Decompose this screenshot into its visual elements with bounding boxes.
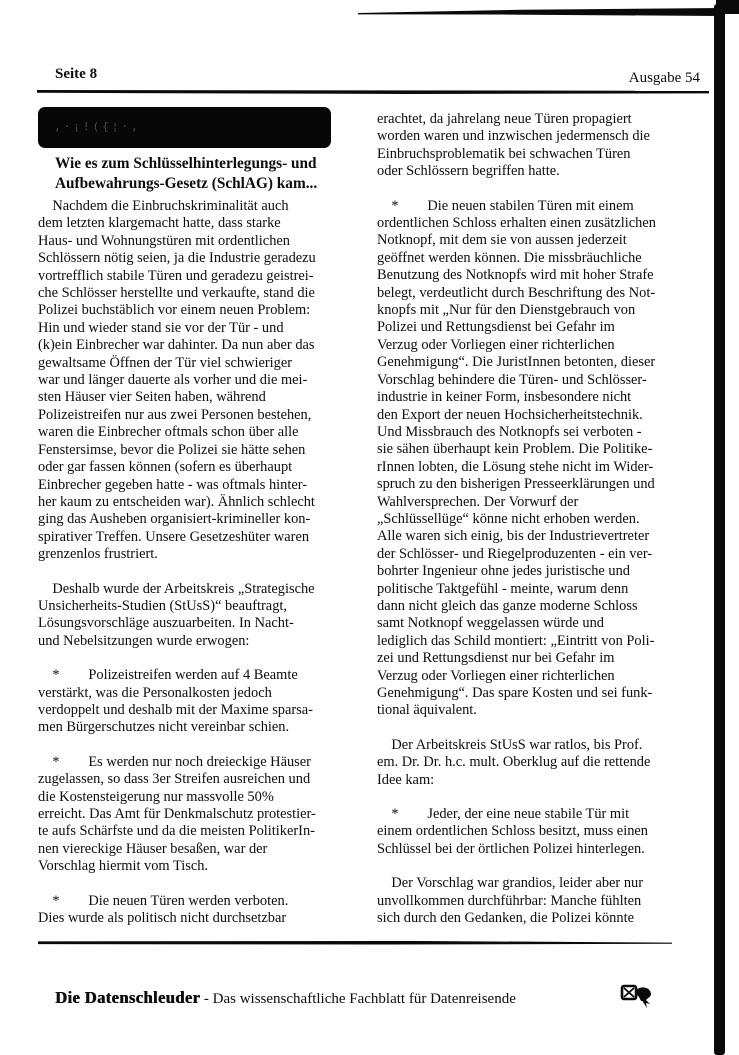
article-paragraph-bullet: * Polizeistreifen werden auf 4 Beamte ve…: [38, 667, 370, 737]
article-paragraph: Der Arbeitskreis StUsS war ratlos, bis P…: [377, 737, 711, 789]
article-paragraph-bullet: * Jeder, der eine neue stabile Tür mit e…: [377, 806, 711, 858]
masthead-black-bar: ,·¡!({¦·‚: [38, 107, 331, 148]
issue-number: Ausgabe 54: [0, 70, 700, 87]
article-paragraph-bullet: * Es werden nur noch dreieckige Häuser z…: [38, 754, 370, 876]
header-rule: [37, 90, 709, 94]
article-column-left: Nachdem die Einbruchskriminalität auch d…: [38, 198, 370, 944]
article-paragraph: Der Vorschlag war grandios, leider aber …: [377, 875, 711, 927]
article-paragraph: erachtet, da jahrelang neue Türen propag…: [377, 111, 711, 181]
scan-edge-top-artifact: [358, 8, 720, 16]
article-paragraph-bullet: * Die neuen stabilen Türen mit einem ord…: [377, 198, 711, 720]
magazine-tagline: - Das wissenschaftliche Fachblatt für Da…: [200, 991, 516, 1007]
article-paragraph: Nachdem die Einbruchskriminalität auch d…: [38, 198, 370, 564]
article-headline: Wie es zum Schlüsselhinterlegungs- und A…: [55, 154, 365, 193]
scan-edge-right-artifact: [714, 4, 725, 1055]
footer-imprint: Die Datenschleuder - Das wissenschaftlic…: [55, 988, 655, 1008]
article-paragraph: Deshalb wurde der Arbeitskreis „Strategi…: [38, 581, 370, 651]
article-paragraph-bullet: * Die neuen Türen werden verboten. Dies …: [38, 893, 370, 928]
article-column-right: erachtet, da jahrelang neue Türen propag…: [377, 111, 711, 944]
scanned-magazine-page: Seite 8 Ausgabe 54 ,·¡!({¦·‚ Wie es zum …: [0, 0, 739, 1055]
magazine-title: Die Datenschleuder: [55, 988, 200, 1007]
hand-slinging-disk-icon: [620, 983, 660, 1024]
faint-overprint-text: ,·¡!({¦·‚: [54, 120, 141, 133]
